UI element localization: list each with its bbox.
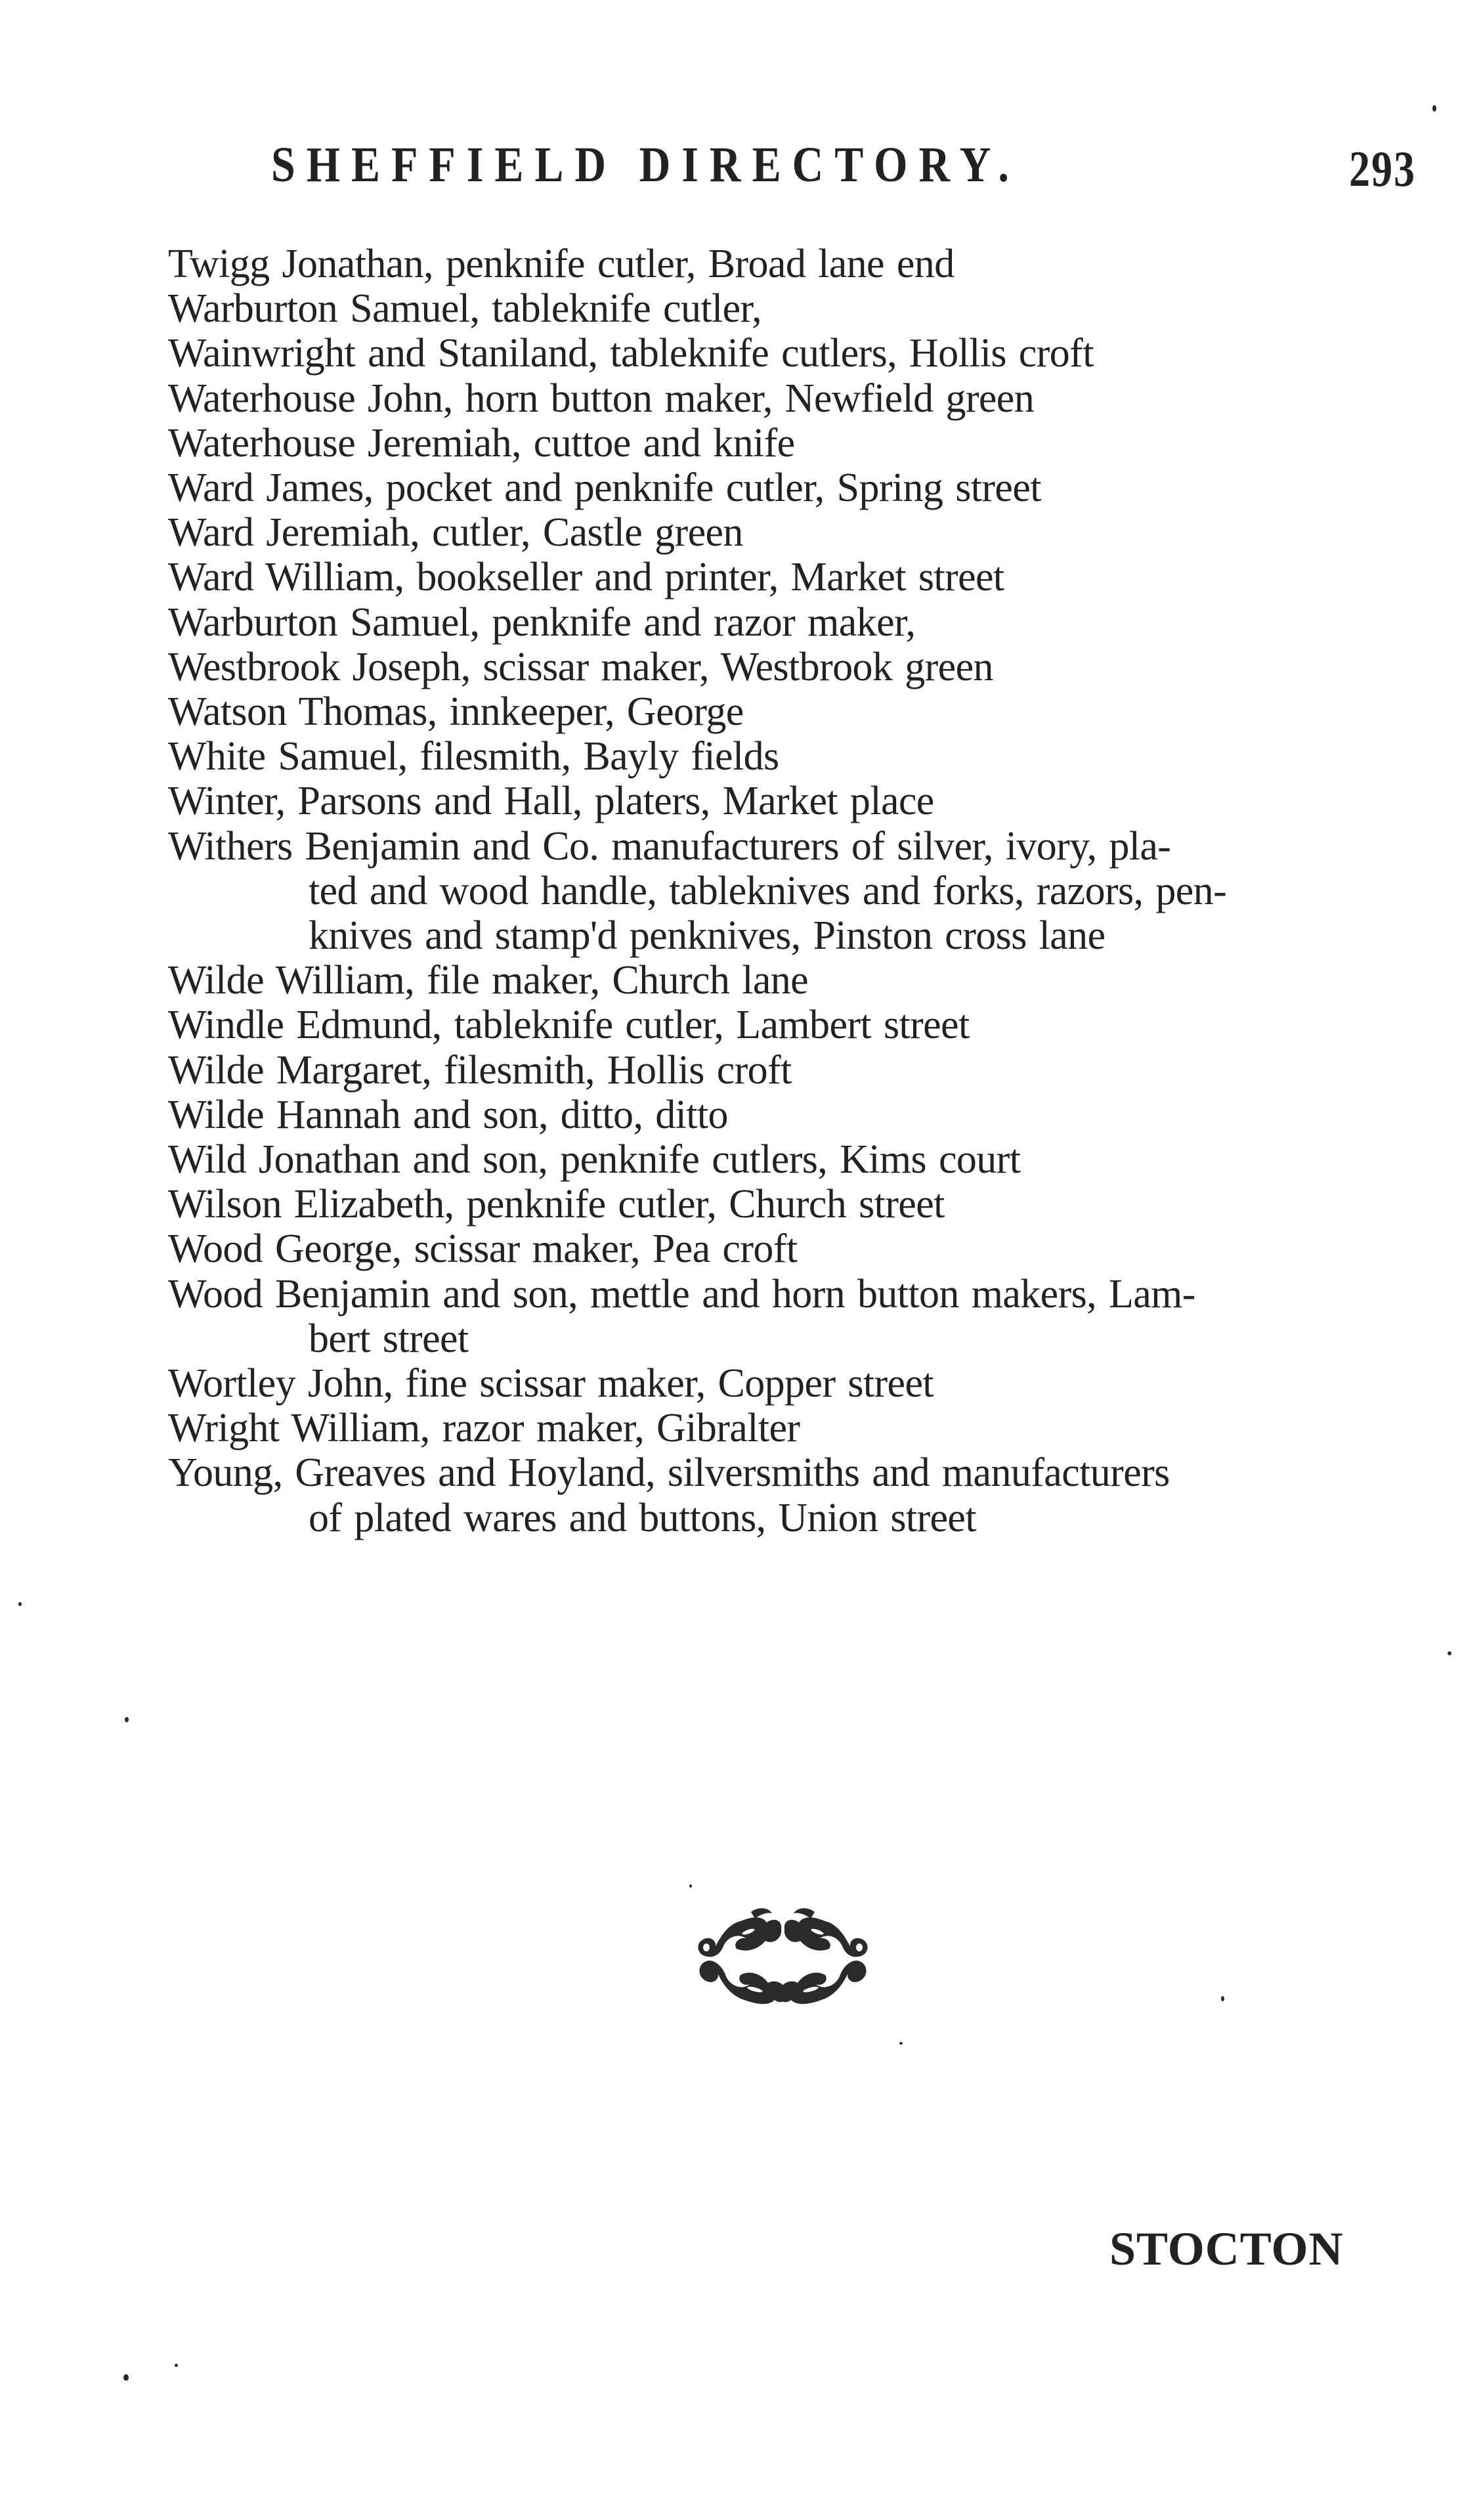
directory-entry: Wilde Hannah and son, ditto, ditto xyxy=(168,1093,1389,1137)
entry-text: Waterhouse John, horn button maker, Newf… xyxy=(168,376,1389,421)
directory-entry: Waterhouse John, horn button maker, Newf… xyxy=(168,376,1389,421)
entry-text: Wilde Hannah and son, ditto, ditto xyxy=(168,1093,1389,1137)
directory-entry: Wilde William, file maker, Church lane xyxy=(168,958,1389,1003)
entry-text: Ward William, bookseller and printer, Ma… xyxy=(168,555,1389,599)
speck-mark xyxy=(899,2042,903,2045)
directory-entry: Wood Benjamin and son, mettle and horn b… xyxy=(168,1272,1389,1361)
directory-entry: Watson Thomas, innkeeper, George xyxy=(168,689,1389,734)
entry-text: Wilde William, file maker, Church lane xyxy=(168,958,1389,1003)
speck-mark xyxy=(175,2364,178,2367)
directory-entry: Wild Jonathan and son, penknife cutlers,… xyxy=(168,1137,1389,1182)
directory-entry: Wilson Elizabeth, penknife cutler, Churc… xyxy=(168,1182,1389,1227)
directory-entry: Windle Edmund, tableknife cutler, Lamber… xyxy=(168,1003,1389,1047)
entry-text: Winter, Parsons and Hall, platers, Marke… xyxy=(168,779,1389,823)
directory-entry: Twigg Jonathan, penknife cutler, Broad l… xyxy=(168,242,1389,286)
catchword: STOCTON xyxy=(1109,2223,1344,2275)
directory-entry: Young, Greaves and Hoyland, silversmiths… xyxy=(168,1450,1389,1540)
entry-text: Ward James, pocket and penknife cutler, … xyxy=(168,466,1389,510)
speck-mark xyxy=(1448,1651,1451,1655)
speck-mark xyxy=(18,1602,22,1606)
directory-entry: Ward William, bookseller and printer, Ma… xyxy=(168,555,1389,599)
directory-entry: Withers Benjamin and Co. manufacturers o… xyxy=(168,824,1389,959)
speck-mark xyxy=(123,2374,129,2381)
entry-text: Wortley John, fine scissar maker, Copper… xyxy=(168,1361,1389,1406)
entry-text: Watson Thomas, innkeeper, George xyxy=(168,689,1389,734)
page-number: 293 xyxy=(1349,134,1416,205)
entry-text: Wilson Elizabeth, penknife cutler, Churc… xyxy=(168,1182,1389,1227)
floral-wreath-ornament-icon xyxy=(689,1898,876,2016)
entry-continuation-text: knives and stamp'd penknives, Pinston cr… xyxy=(168,913,1389,958)
directory-entry: Warburton Samuel, tableknife cutler, xyxy=(168,286,1389,331)
entry-text: Wright William, razor maker, Gibralter xyxy=(168,1406,1389,1450)
entry-text: Westbrook Joseph, scissar maker, Westbro… xyxy=(168,645,1389,689)
entry-text: Windle Edmund, tableknife cutler, Lamber… xyxy=(168,1003,1389,1047)
entry-text: Waterhouse Jeremiah, cuttoe and knife xyxy=(168,421,1389,466)
speck-mark xyxy=(1221,1996,1224,2001)
speck-mark xyxy=(689,1884,692,1888)
directory-entry: Westbrook Joseph, scissar maker, Westbro… xyxy=(168,645,1389,689)
directory-entries: Twigg Jonathan, penknife cutler, Broad l… xyxy=(168,242,1389,1540)
directory-entry: Wainwright and Staniland, tableknife cut… xyxy=(168,331,1389,376)
entry-text: Twigg Jonathan, penknife cutler, Broad l… xyxy=(168,242,1389,286)
entry-continuation-text: bert street xyxy=(168,1316,1389,1361)
directory-entry: White Samuel, filesmith, Bayly fields xyxy=(168,734,1389,779)
entry-text: Warburton Samuel, penknife and razor mak… xyxy=(168,600,1389,645)
directory-entry: Waterhouse Jeremiah, cuttoe and knife xyxy=(168,421,1389,466)
directory-entry: Wilde Margaret, filesmith, Hollis croft xyxy=(168,1048,1389,1093)
entry-text: Wilde Margaret, filesmith, Hollis croft xyxy=(168,1048,1389,1093)
directory-page: SHEFFIELD DIRECTORY. 293 Twigg Jonathan,… xyxy=(0,0,1481,2520)
entry-text: Wood Benjamin and son, mettle and horn b… xyxy=(168,1272,1389,1316)
entry-continuation-text: of plated wares and buttons, Union stree… xyxy=(168,1496,1389,1540)
entry-text: White Samuel, filesmith, Bayly fields xyxy=(168,734,1389,779)
entry-text: Wild Jonathan and son, penknife cutlers,… xyxy=(168,1137,1389,1182)
speck-mark xyxy=(125,1717,129,1722)
directory-entry: Ward Jeremiah, cutler, Castle green xyxy=(168,510,1389,555)
directory-entry: Wortley John, fine scissar maker, Copper… xyxy=(168,1361,1389,1406)
entry-text: Wood George, scissar maker, Pea croft xyxy=(168,1227,1389,1271)
running-title: SHEFFIELD DIRECTORY. xyxy=(271,131,1020,200)
running-head: SHEFFIELD DIRECTORY. 293 xyxy=(266,131,1415,190)
entry-text: Ward Jeremiah, cutler, Castle green xyxy=(168,510,1389,555)
entry-continuation-text: ted and wood handle, tableknives and for… xyxy=(168,869,1389,913)
directory-entry: Winter, Parsons and Hall, platers, Marke… xyxy=(168,779,1389,823)
entry-text: Young, Greaves and Hoyland, silversmiths… xyxy=(168,1450,1389,1495)
entry-text: Wainwright and Staniland, tableknife cut… xyxy=(168,331,1389,376)
directory-entry: Wood George, scissar maker, Pea croft xyxy=(168,1227,1389,1271)
directory-entry: Ward James, pocket and penknife cutler, … xyxy=(168,466,1389,510)
entry-text: Warburton Samuel, tableknife cutler, xyxy=(168,286,1389,331)
speck-mark xyxy=(1432,105,1436,112)
directory-entry: Wright William, razor maker, Gibralter xyxy=(168,1406,1389,1450)
directory-entry: Warburton Samuel, penknife and razor mak… xyxy=(168,600,1389,645)
entry-text: Withers Benjamin and Co. manufacturers o… xyxy=(168,824,1389,869)
